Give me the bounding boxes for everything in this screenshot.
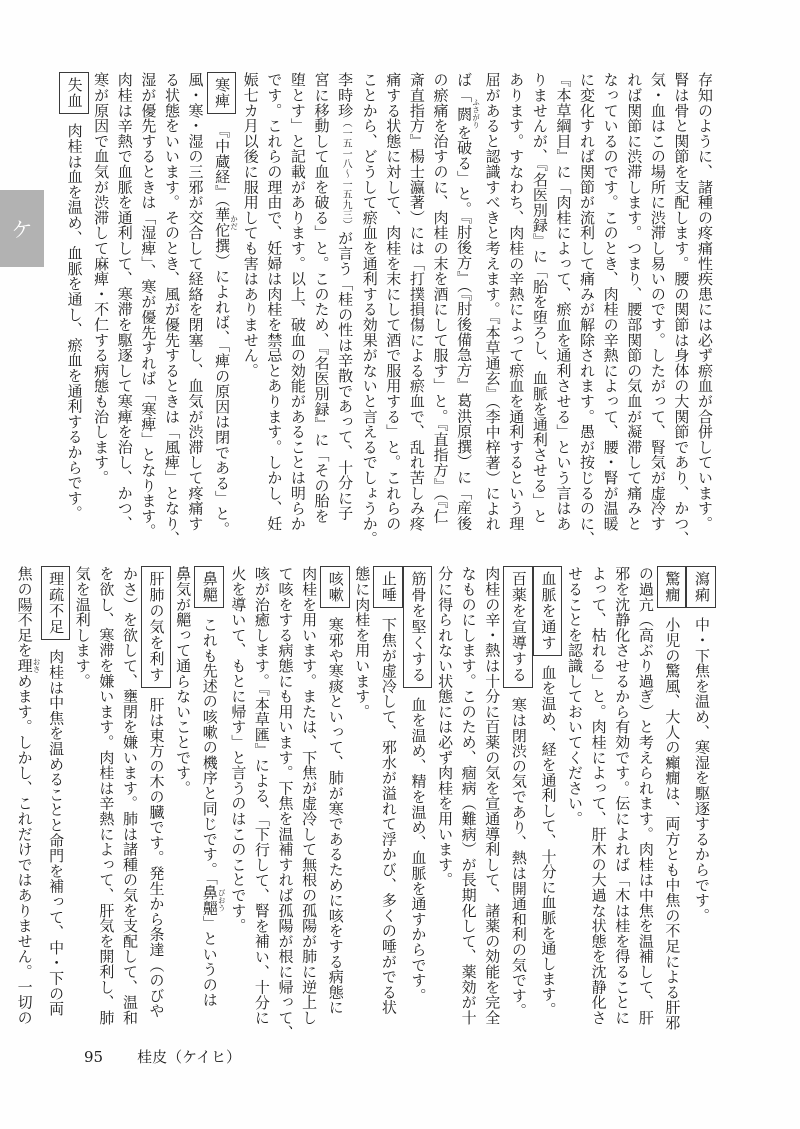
ruby-base: 理 [16,658,34,673]
text-column: よって、枯れる」と。肉桂によって、肝木の大過な状態を沈静化さ [586,566,610,1046]
text-run: 李時珍 [336,72,354,118]
text-run: 小児の驚風、大人の癲癇は、両方とも中焦の不足による肝邪 [663,617,681,1030]
section-heading: 百薬を宣導する [503,566,533,688]
index-tab-label: ケ [12,214,33,244]
text-column: りませんが、『名医別録』に「胎を堕ろし、血脈を通利させる」と [527,72,551,572]
text-column: 鼻齆これも先述の咳嗽の機序と同じです。「鼻齆びおう」というのは [194,566,226,1046]
top-text-block: 存知のように、諸種の疼痛性疾患には必ず瘀血が合併しています。腎は骨と関節を支配し… [59,72,716,572]
text-column: あります。すなわち、肉桂の辛熱によって瘀血を通利するという理 [504,72,528,572]
text-run: です。これらの理由で、妊婦は肉桂を禁忌とあります。しかし、妊 [265,72,283,531]
text-run: ことから、どうして瘀血を通利する効果がないと言えるでしょうか。 [361,72,379,546]
text-run: る状態をいいます。そのとき、風が優先するときは「風痺」となり、 [163,72,181,546]
text-run: めます。しかし、これだけではありません。一切の [16,673,34,1025]
text-column: に変化すれば関節が流利して痛みが解除されます。愚が按じるのに、 [574,72,598,572]
text-column: 肉桂は辛熱で血脈を通利して、寒滞を駆逐して寒痺を治し、かつ、 [112,72,136,572]
text-run: 斎直指方』楊士瀛著）には「打撲損傷による瘀血で、乱れ苦しみ疼 [408,72,426,531]
furigana-ruby: 鼻齆びおう [201,885,219,916]
text-column: 肉桂を用います。または、下焦が虚冷して無根の孤陽が肺に逆上し [297,566,321,1046]
ruby-text: ふさがり [472,99,481,129]
text-run: 下焦が虚冷して、邪水が溢れて浮かび、多くの唾がでる状 [380,617,398,1015]
text-run: 娠七カ月以後に服用しても害はありません。 [242,72,260,378]
text-column: 理疏不足肉桂は中焦を温めることと命門を補って、中・下の両 [41,566,71,1046]
text-run: 気・血はこの場所に渋滞し易いのです。したがって、腎気が虚冷す [649,72,667,531]
text-column: ば「閼ふさがりを破る」と。『肘後方』（『肘後備急方』葛洪原撰）に「産後 [451,72,480,572]
text-column: 腎は骨と関節を支配します。腰の関節は身体の大関節であり、かつ、 [669,72,693,572]
text-column: 存知のように、諸種の疼痛性疾患には必ず瘀血が合併しています。 [692,72,716,572]
section-heading: 瀉痢 [686,566,716,608]
text-column: 咳が治癒します。『本草匯』による、「下行して、腎を補い、十分に [249,566,273,1046]
text-run: 撰）によれば、「痺の原因は閉である」と。 [213,238,231,537]
text-column: の瘀痛を治すのに、肉桂の末を酒にして服す」と。『直指方』（『仁 [428,72,452,572]
ruby-text: かだ [230,207,239,238]
text-run: よって、枯れる」と。肉桂によって、肝木の大過な状態を沈静化さ [590,566,608,1025]
text-run: に変化すれば関節が流利して痛みが解除されます。愚が按じるのに、 [578,72,596,546]
text-column: 李時珍（一五一八～一五九三）が言う「桂の性は辛散であって、十分に子 [333,72,358,572]
text-column: 火を導いて、もとに帰す」と言うのはこのことです。 [226,566,250,1046]
text-column: 風・寒・湿の三邪が交合して経絡を閉塞し、血気が渋滞して疼痛す [183,72,207,572]
text-run: 寒は閉渋の気であり、熱は開通和利の気です。 [510,697,528,1018]
text-run: 堕とす」と記載があります。以上、破血の効能があることは明らか [289,72,307,531]
text-run: 」というのは [201,916,219,1008]
text-run: 火を導いて、もとに帰す」と言うのはこのことです。 [229,566,247,933]
index-tab-ke: ケ [0,190,44,267]
text-column: を欲し、寒滞を嫌います。肉桂は辛熱によって、肝気を開利し、肺 [94,566,118,1046]
text-run: 鼻気が齆って通らないことです。 [174,566,192,796]
text-column: 瀉痢中・下焦を温め、寒湿を駆逐するからです。 [686,566,716,1046]
text-column: の過亢（高ぶり過ぎ）と考えられます。肉桂は中焦を温補して、肝 [633,566,657,1046]
text-column: て咳をする病態にも用います。下焦を温補すれば孤陽が根に帰って、 [273,566,297,1046]
text-column: れば関節に渋滞します。つまり、腰部関節の気血が凝滞して痛みと [622,72,646,572]
text-column: 態に肉桂を用います。 [350,566,374,1046]
text-run: なっているのです。このとき、肉桂の辛熱によって、腰・腎が温暖 [602,72,620,531]
text-run: 肉桂の辛・熱は十分に百薬の気を宣通導利して、諸薬の効能を完全 [483,566,501,1025]
text-run: 肉桂を用います。または、下焦が虚冷して無根の孤陽が肺に逆上し [300,566,318,1025]
text-run: 痛する状態に対して、肉桂を末にして酒で服用する」と。これらの [384,72,402,531]
section-heading: 咳嗽 [320,566,350,608]
text-column: 気を温利します。 [70,566,94,1046]
ruby-base: 華佗 [213,207,231,238]
section-heading: 血脈を通す [533,566,563,656]
text-run: 肉桂は中焦を温めることと命門を補って、中・下の両 [47,649,65,1016]
text-run: これも先述の咳嗽の機序と同じです。「 [201,617,219,885]
text-column: 宮に移動して血を破る」と。このため、『名医別録』に「その胎を [309,72,333,572]
text-run: 気を温利します。 [74,566,92,688]
text-run: の瘀痛を治すのに、肉桂の末を酒にして服す」と。『直指方』（『仁 [431,72,449,524]
text-run: 風・寒・湿の三邪が交合して経絡を閉塞し、血気が渋滞して疼痛す [187,72,205,531]
text-column: 気・血はこの場所に渋滞し易いのです。したがって、腎気が虚冷す [645,72,669,572]
text-column: 血脈を通す血を温め、経を通利して、十分に血脈を通します。 [533,566,563,1046]
text-column: かさ）を欲して、壅閉を嫌います。肺は諸種の気を支配して、温和 [117,566,141,1046]
text-column: ことから、どうして瘀血を通利する効果がないと言えるでしょうか。 [357,72,381,572]
text-column: 寒痺『中蔵経』（華佗かだ撰）によれば、「痺の原因は閉である」と。 [207,72,239,572]
text-column: 屈があると認識すべきと考えます。『本草通玄』（李中梓著）によれ [480,72,504,572]
text-run: 寒が原因で血気が渋滞して麻痺・不仁する病態も治します。 [92,72,110,485]
text-column: る状態をいいます。そのとき、風が優先するときは「風痺」となり、 [159,72,183,572]
book-page: ケ 存知のように、諸種の疼痛性疾患には必ず瘀血が合併しています。腎は骨と関節を支… [0,0,800,1129]
text-run: て咳をする病態にも用います。下焦を温補すれば孤陽が根に帰って、 [277,566,295,1040]
furigana-ruby: 華佗かだ [213,207,231,238]
text-run: 咳が治癒します。『本草匯』による、「下行して、腎を補い、十分に [253,566,271,1025]
text-run: かさ）を欲して、壅閉を嫌います。肺は諸種の気を支配して、温和 [121,566,139,1025]
text-column: 止唾下焦が虚冷して、邪水が溢れて浮かび、多くの唾がでる状 [373,566,403,1046]
text-run: 屈があると認識すべきと考えます。『本草通玄』（李中梓著）によれ [484,72,502,531]
text-column: 驚癇小児の驚風、大人の癲癇は、両方とも中焦の不足による肝邪 [657,566,687,1046]
text-run: せることを認識しておいてください。 [566,566,584,826]
text-column: 鼻気が齆って通らないことです。 [171,566,195,1046]
text-column: 失血肉桂は血を温め、血脈を通し、瘀血を通利するからです。 [59,72,89,572]
text-run: を破る」と。『肘後方』（『肘後備急方』葛洪原撰）に「産後 [455,125,473,531]
text-run: 血を温め、精を温め、血脈を通すからです。 [409,697,427,1003]
text-column: なものにします。このため、痼病（難病）が長期化して、薬効が十 [456,566,480,1046]
text-run: （一五一八～一五九三） [340,118,351,230]
text-run: 『本草綱目』に「肉桂によって、瘀血を通利させる」という言はあ [554,72,572,531]
text-run: 寒邪や寒痰といって、肺が寒であるために咳をする病態に [327,617,345,1015]
footer-title: 桂皮（ケイヒ） [137,1046,241,1067]
bottom-text-block: 瀉痢中・下焦を温め、寒湿を駆逐するからです。驚癇小児の驚風、大人の癲癇は、両方と… [12,566,716,1046]
text-run: 肝は東方の木の臓です。発生から条達（のびや [148,697,166,1018]
ruby-text: おさ [32,658,41,673]
text-run: 分に得られない状態には必ず肉桂を用います。 [436,566,454,887]
section-heading: 理疏不足 [41,566,71,640]
text-column: 筋骨を堅くする血を温め、精を温め、血脈を通すからです。 [403,566,433,1046]
text-column: 斎直指方』楊士瀛著）には「打撲損傷による瘀血で、乱れ苦しみ疼 [404,72,428,572]
text-column: 百薬を宣導する寒は閉渋の気であり、熱は開通和利の気です。 [503,566,533,1046]
text-column: 肝肺の気を利す肝は東方の木の臓です。発生から条達（のびや [141,566,171,1046]
page-number: 95 [84,1048,103,1066]
text-run: 邪を沈静化させるから有効です。伝によれば「木は桂を得ることに [613,566,631,1025]
text-column: 寒が原因で血気が渋滞して麻痺・不仁する病態も治します。 [89,72,113,572]
text-run: を欲し、寒滞を嫌います。肉桂は辛熱によって、肝気を開利し、肺 [97,566,115,1025]
text-run: 存知のように、諸種の疼痛性疾患には必ず瘀血が合併しています。 [696,72,714,531]
text-run: 腎は骨と関節を支配します。腰の関節は身体の大関節であり、かつ、 [672,72,690,546]
furigana-ruby: 閼ふさがり [455,103,473,125]
text-run: なものにします。このため、痼病（難病）が長期化して、薬効が十 [460,566,478,1025]
text-column: 娠七カ月以後に服用しても害はありません。 [238,72,262,572]
section-heading: 驚癇 [657,566,687,608]
text-run: 肉桂は血を温め、血脈を通し、瘀血を通利するからです。 [66,123,84,521]
text-run: 血を温め、経を通利して、十分に血脈を通します。 [539,665,557,1017]
text-run: 態に肉桂を用います。 [353,566,371,719]
text-run: 宮に移動して血を破る」と。このため、『名医別録』に「その胎を [313,72,331,524]
section-heading: 止唾 [373,566,403,608]
page-footer: 95 桂皮（ケイヒ） [84,1046,241,1067]
text-run: 肉桂は辛熱で血脈を通利して、寒滞を駆逐して寒痺を治し、かつ、 [116,72,134,531]
section-heading: 筋骨を堅くする [403,566,433,688]
text-column: 焦の陽不足を理おさめます。しかし、これだけではありません。一切の [12,566,41,1046]
section-heading: 失血 [59,72,89,114]
text-column: 『本草綱目』に「肉桂によって、瘀血を通利させる」という言はあ [551,72,575,572]
text-column: 肉桂の辛・熱は十分に百薬の気を宣通導利して、諸薬の効能を完全 [480,566,504,1046]
text-run: あります。すなわち、肉桂の辛熱によって瘀血を通利するという理 [507,72,525,531]
text-column: 邪を沈静化させるから有効です。伝によれば「木は桂を得ることに [610,566,634,1046]
text-run: 『中蔵経』（ [213,123,231,207]
text-column: なっているのです。このとき、肉桂の辛熱によって、腰・腎が温暖 [598,72,622,572]
section-heading: 肝肺の気を利す [141,566,171,688]
text-column: 分に得られない状態には必ず肉桂を用います。 [432,566,456,1046]
text-run: 焦の陽不足を [16,566,34,658]
text-run: 湿が優先するときは「湿痺」、寒が優先すれば「寒痺」となります。 [139,72,157,539]
ruby-text: びおう [217,885,226,916]
text-column: です。これらの理由で、妊婦は肉桂を禁忌とあります。しかし、妊 [262,72,286,572]
text-column: 痛する状態に対して、肉桂を末にして酒で服用する」と。これらの [381,72,405,572]
text-column: 堕とす」と記載があります。以上、破血の効能があることは明らか [285,72,309,572]
text-run: れば関節に渋滞します。つまり、腰部関節の気血が凝滞して痛みと [625,72,643,531]
text-column: せることを認識しておいてください。 [562,566,586,1046]
text-run: りませんが、『名医別録』に「胎を堕ろし、血脈を通利させる」と [531,72,549,524]
text-run: が言う「桂の性は辛散であって、十分に子 [336,230,354,521]
text-run: の過亢（高ぶり過ぎ）と考えられます。肉桂は中焦を温補して、肝 [637,566,655,1025]
section-heading: 鼻齆 [194,566,224,608]
section-heading: 寒痺 [207,72,237,114]
text-run: 中・下焦を温め、寒湿を駆逐するからです。 [693,617,711,923]
text-column: 湿が優先するときは「湿痺」、寒が優先すれば「寒痺」となります。 [136,72,160,572]
text-column: 咳嗽寒邪や寒痰といって、肺が寒であるために咳をする病態に [320,566,350,1046]
furigana-ruby: 理おさ [16,658,34,673]
